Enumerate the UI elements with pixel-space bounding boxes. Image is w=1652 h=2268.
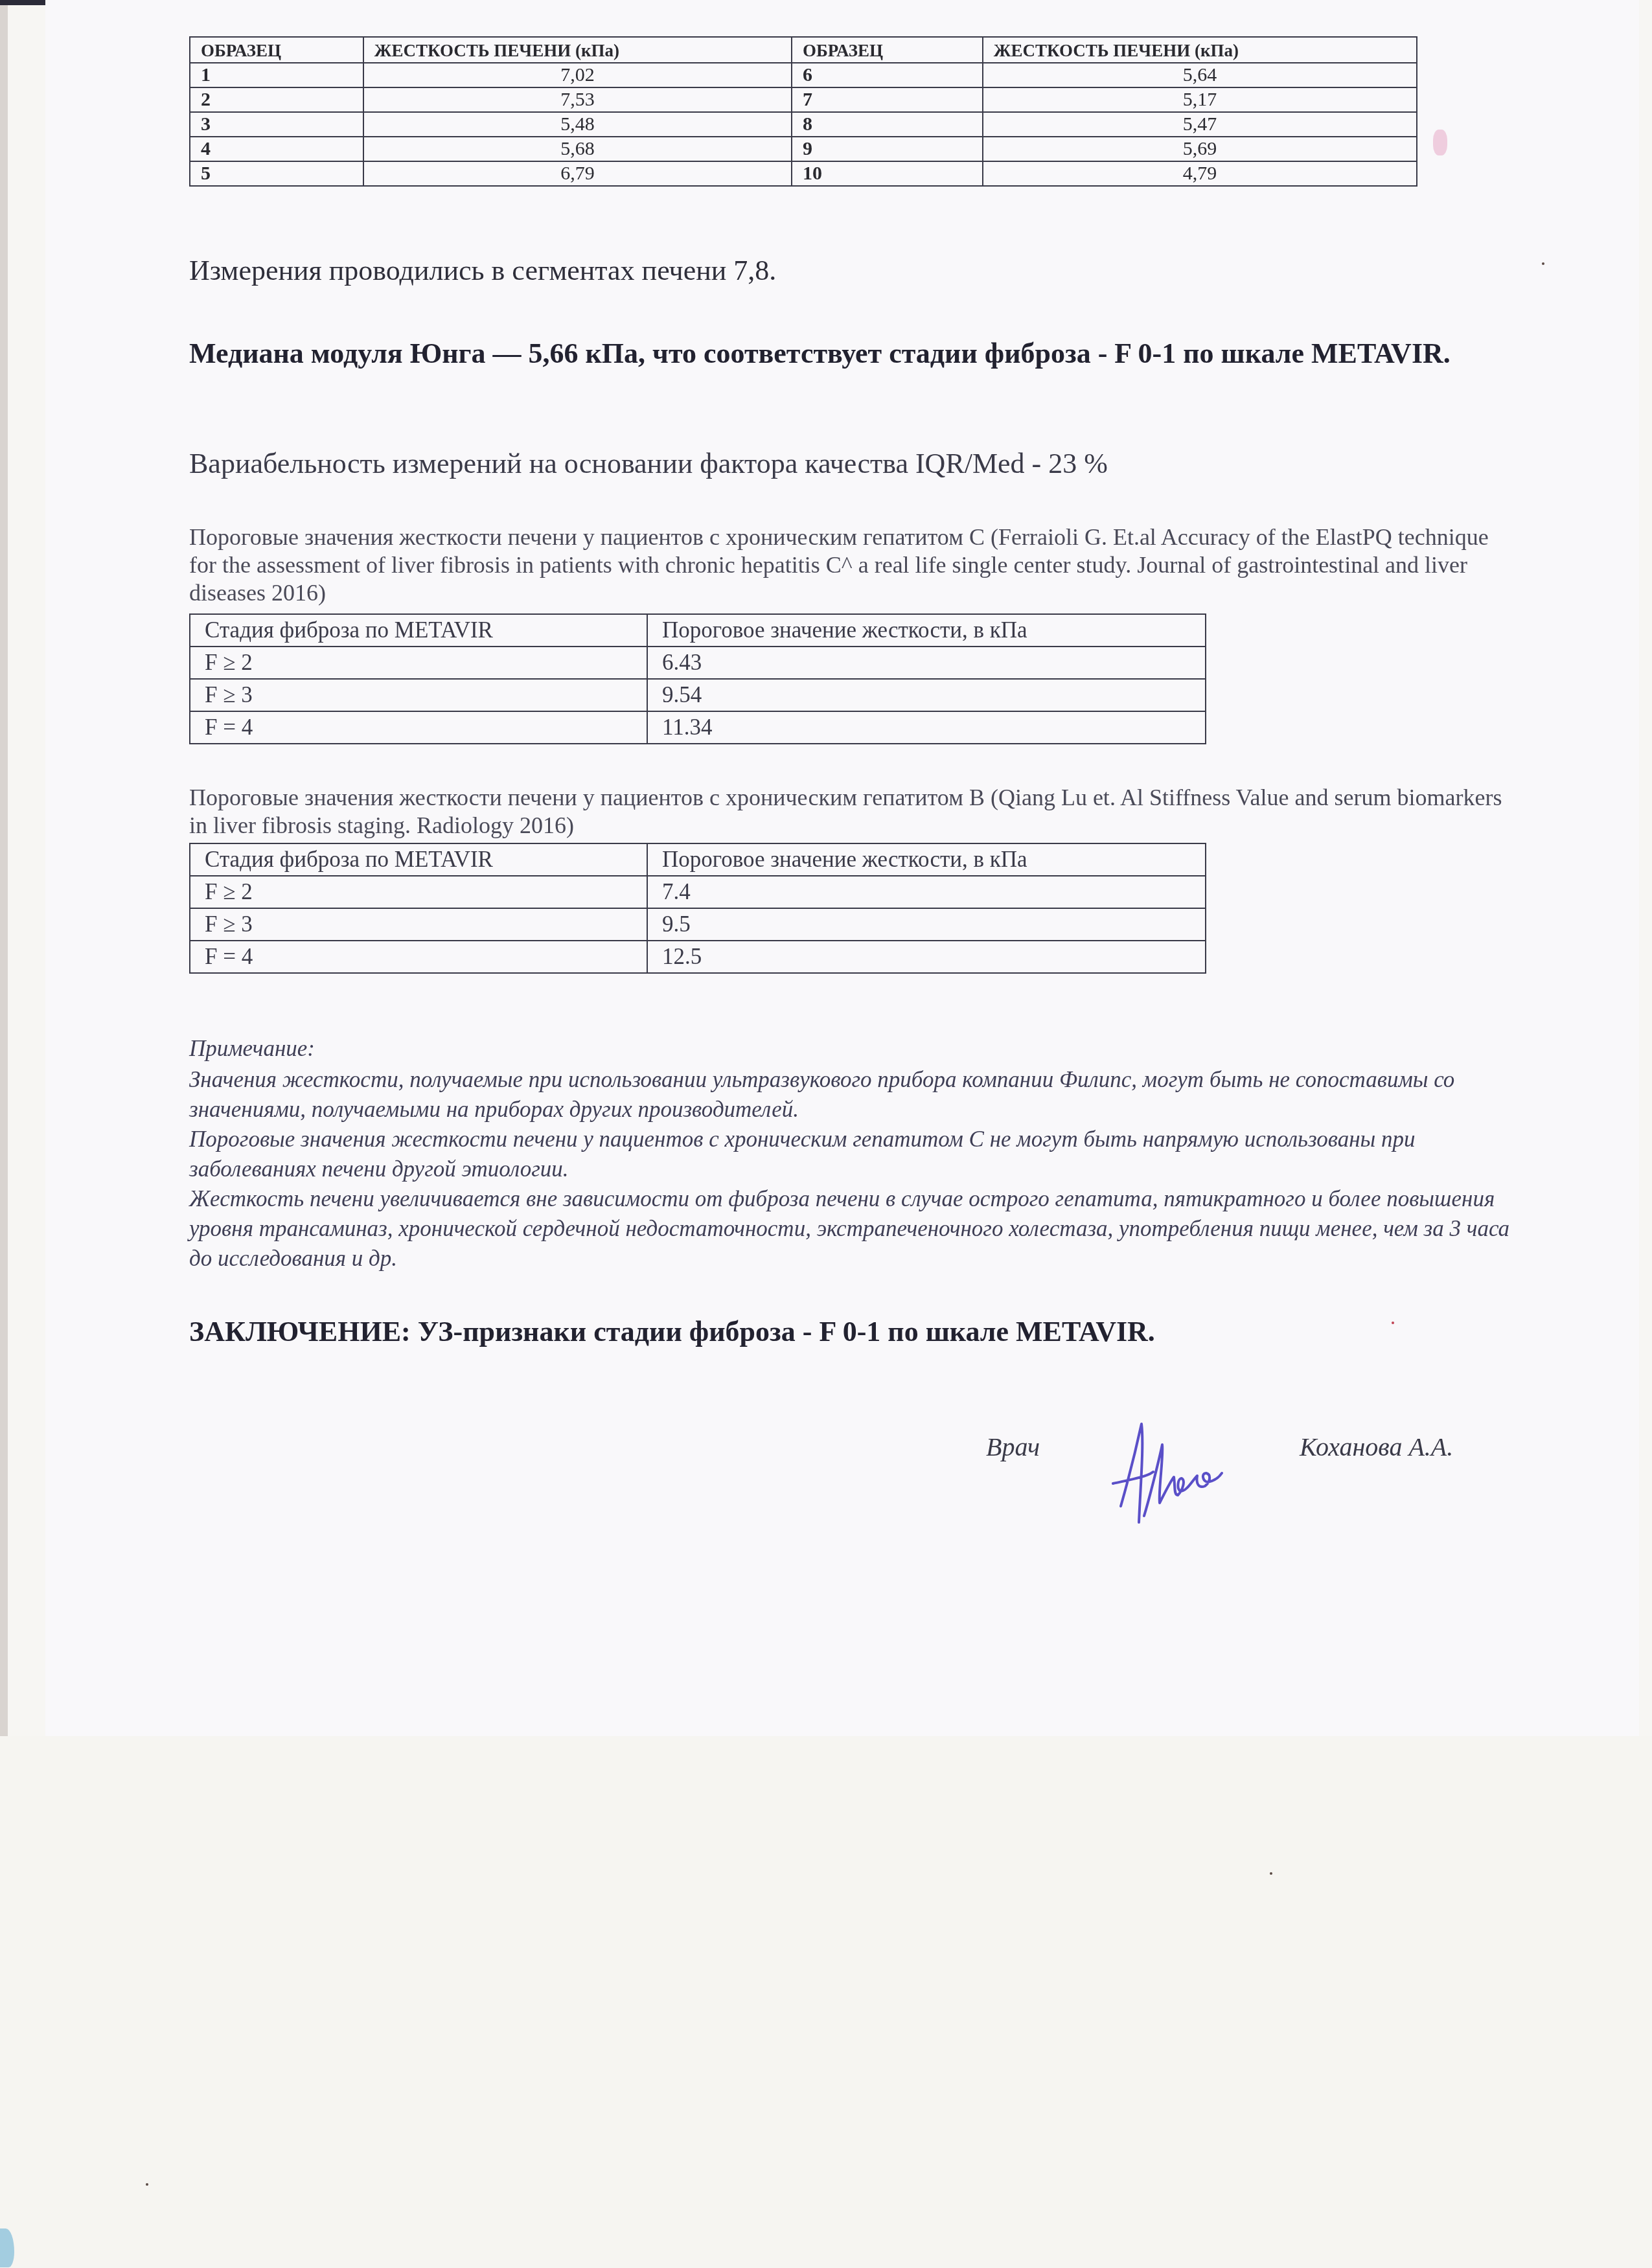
doctor-name: Коханова А.А. <box>1300 1432 1453 1462</box>
table-row: F ≥ 26.43 <box>190 647 1206 679</box>
stiffness-value-cell: 7,02 <box>363 63 792 87</box>
measurements-table: ОБРАЗЕЦ ЖЕСТКОСТЬ ПЕЧЕНИ (кПа) ОБРАЗЕЦ Ж… <box>189 36 1417 187</box>
fibrosis-stage-cell: F ≥ 3 <box>190 679 647 711</box>
column-header: Стадия фиброза по METAVIR <box>190 843 647 876</box>
table-row: 27,5375,17 <box>190 87 1417 112</box>
fibrosis-stage-cell: F = 4 <box>190 941 647 973</box>
table-row: F ≥ 27.4 <box>190 876 1206 908</box>
stiffness-value-cell: 6,79 <box>363 161 792 186</box>
column-header: Пороговое значение жесткости, в кПа <box>647 843 1206 876</box>
speck <box>1542 262 1544 265</box>
column-header: ОБРАЗЕЦ <box>190 37 363 63</box>
table-header-row: ОБРАЗЕЦ ЖЕСТКОСТЬ ПЕЧЕНИ (кПа) ОБРАЗЕЦ Ж… <box>190 37 1417 63</box>
table-header-row: Стадия фиброза по METAVIR Пороговое знач… <box>190 843 1206 876</box>
table-row: 45,6895,69 <box>190 137 1417 161</box>
note-paragraph: Значения жесткости, получаемые при испол… <box>189 1065 1517 1125</box>
column-header: ЖЕСТКОСТЬ ПЕЧЕНИ (кПа) <box>983 37 1417 63</box>
backing-paper <box>0 1736 1652 2268</box>
sample-number-cell: 6 <box>792 63 983 87</box>
conclusion: ЗАКЛЮЧЕНИЕ: УЗ-признаки стадии фиброза -… <box>189 1315 1155 1348</box>
table-row: F = 412.5 <box>190 941 1206 973</box>
stiffness-value-cell: 5,64 <box>983 63 1417 87</box>
note-paragraph: Пороговые значения жесткости печени у па… <box>189 1125 1517 1184</box>
handwritten-signature <box>1101 1419 1244 1529</box>
stiffness-value-cell: 5,68 <box>363 137 792 161</box>
variability-text: Вариабельность измерений на основании фа… <box>189 447 1108 480</box>
fibrosis-stage-cell: F = 4 <box>190 711 647 744</box>
sample-number-cell: 9 <box>792 137 983 161</box>
hepatitis-c-reference: Пороговые значения жесткости печени у па… <box>189 523 1511 607</box>
threshold-value-cell: 11.34 <box>647 711 1206 744</box>
speck <box>146 2183 148 2186</box>
note-paragraph: Жесткость печени увеличивается вне завис… <box>189 1184 1517 1274</box>
table-row: F = 411.34 <box>190 711 1206 744</box>
segments-text: Измерения проводились в сегментах печени… <box>189 254 776 287</box>
threshold-value-cell: 9.5 <box>647 908 1206 941</box>
sample-number-cell: 5 <box>190 161 363 186</box>
speck <box>1392 1322 1394 1324</box>
fibrosis-stage-cell: F ≥ 2 <box>190 876 647 908</box>
column-header: Стадия фиброза по METAVIR <box>190 614 647 647</box>
scan-shadow <box>0 0 45 5</box>
stiffness-value-cell: 5,47 <box>983 112 1417 137</box>
sample-number-cell: 4 <box>190 137 363 161</box>
table-row: F ≥ 39.5 <box>190 908 1206 941</box>
sample-number-cell: 2 <box>190 87 363 112</box>
column-header: Пороговое значение жесткости, в кПа <box>647 614 1206 647</box>
fibrosis-stage-cell: F ≥ 3 <box>190 908 647 941</box>
sample-number-cell: 8 <box>792 112 983 137</box>
table-header-row: Стадия фиброза по METAVIR Пороговое знач… <box>190 614 1206 647</box>
hepatitis-b-reference: Пороговые значения жесткости печени у па… <box>189 784 1511 840</box>
note-section: Примечание: Значения жесткости, получаем… <box>189 1034 1517 1274</box>
sample-number-cell: 10 <box>792 161 983 186</box>
median-result: Медиана модуля Юнга — 5,66 кПа, что соот… <box>189 336 1485 372</box>
stiffness-value-cell: 5,48 <box>363 112 792 137</box>
table-row: F ≥ 39.54 <box>190 679 1206 711</box>
sample-number-cell: 7 <box>792 87 983 112</box>
ink-smudge <box>1433 130 1447 155</box>
threshold-value-cell: 12.5 <box>647 941 1206 973</box>
table-row: 17,0265,64 <box>190 63 1417 87</box>
doctor-label: Врач <box>986 1432 1040 1462</box>
column-header: ОБРАЗЕЦ <box>792 37 983 63</box>
speck <box>1270 1872 1272 1875</box>
sample-number-cell: 1 <box>190 63 363 87</box>
threshold-value-cell: 6.43 <box>647 647 1206 679</box>
table-row: 35,4885,47 <box>190 112 1417 137</box>
stiffness-value-cell: 5,17 <box>983 87 1417 112</box>
stiffness-value-cell: 5,69 <box>983 137 1417 161</box>
threshold-value-cell: 7.4 <box>647 876 1206 908</box>
hepatitis-b-threshold-table: Стадия фиброза по METAVIR Пороговое знач… <box>189 843 1206 974</box>
hepatitis-c-threshold-table: Стадия фиброза по METAVIR Пороговое знач… <box>189 613 1206 744</box>
fibrosis-stage-cell: F ≥ 2 <box>190 647 647 679</box>
note-heading: Примечание: <box>189 1034 1517 1064</box>
table-row: 56,79104,79 <box>190 161 1417 186</box>
threshold-value-cell: 9.54 <box>647 679 1206 711</box>
column-header: ЖЕСТКОСТЬ ПЕЧЕНИ (кПа) <box>363 37 792 63</box>
stiffness-value-cell: 4,79 <box>983 161 1417 186</box>
sample-number-cell: 3 <box>190 112 363 137</box>
stiffness-value-cell: 7,53 <box>363 87 792 112</box>
